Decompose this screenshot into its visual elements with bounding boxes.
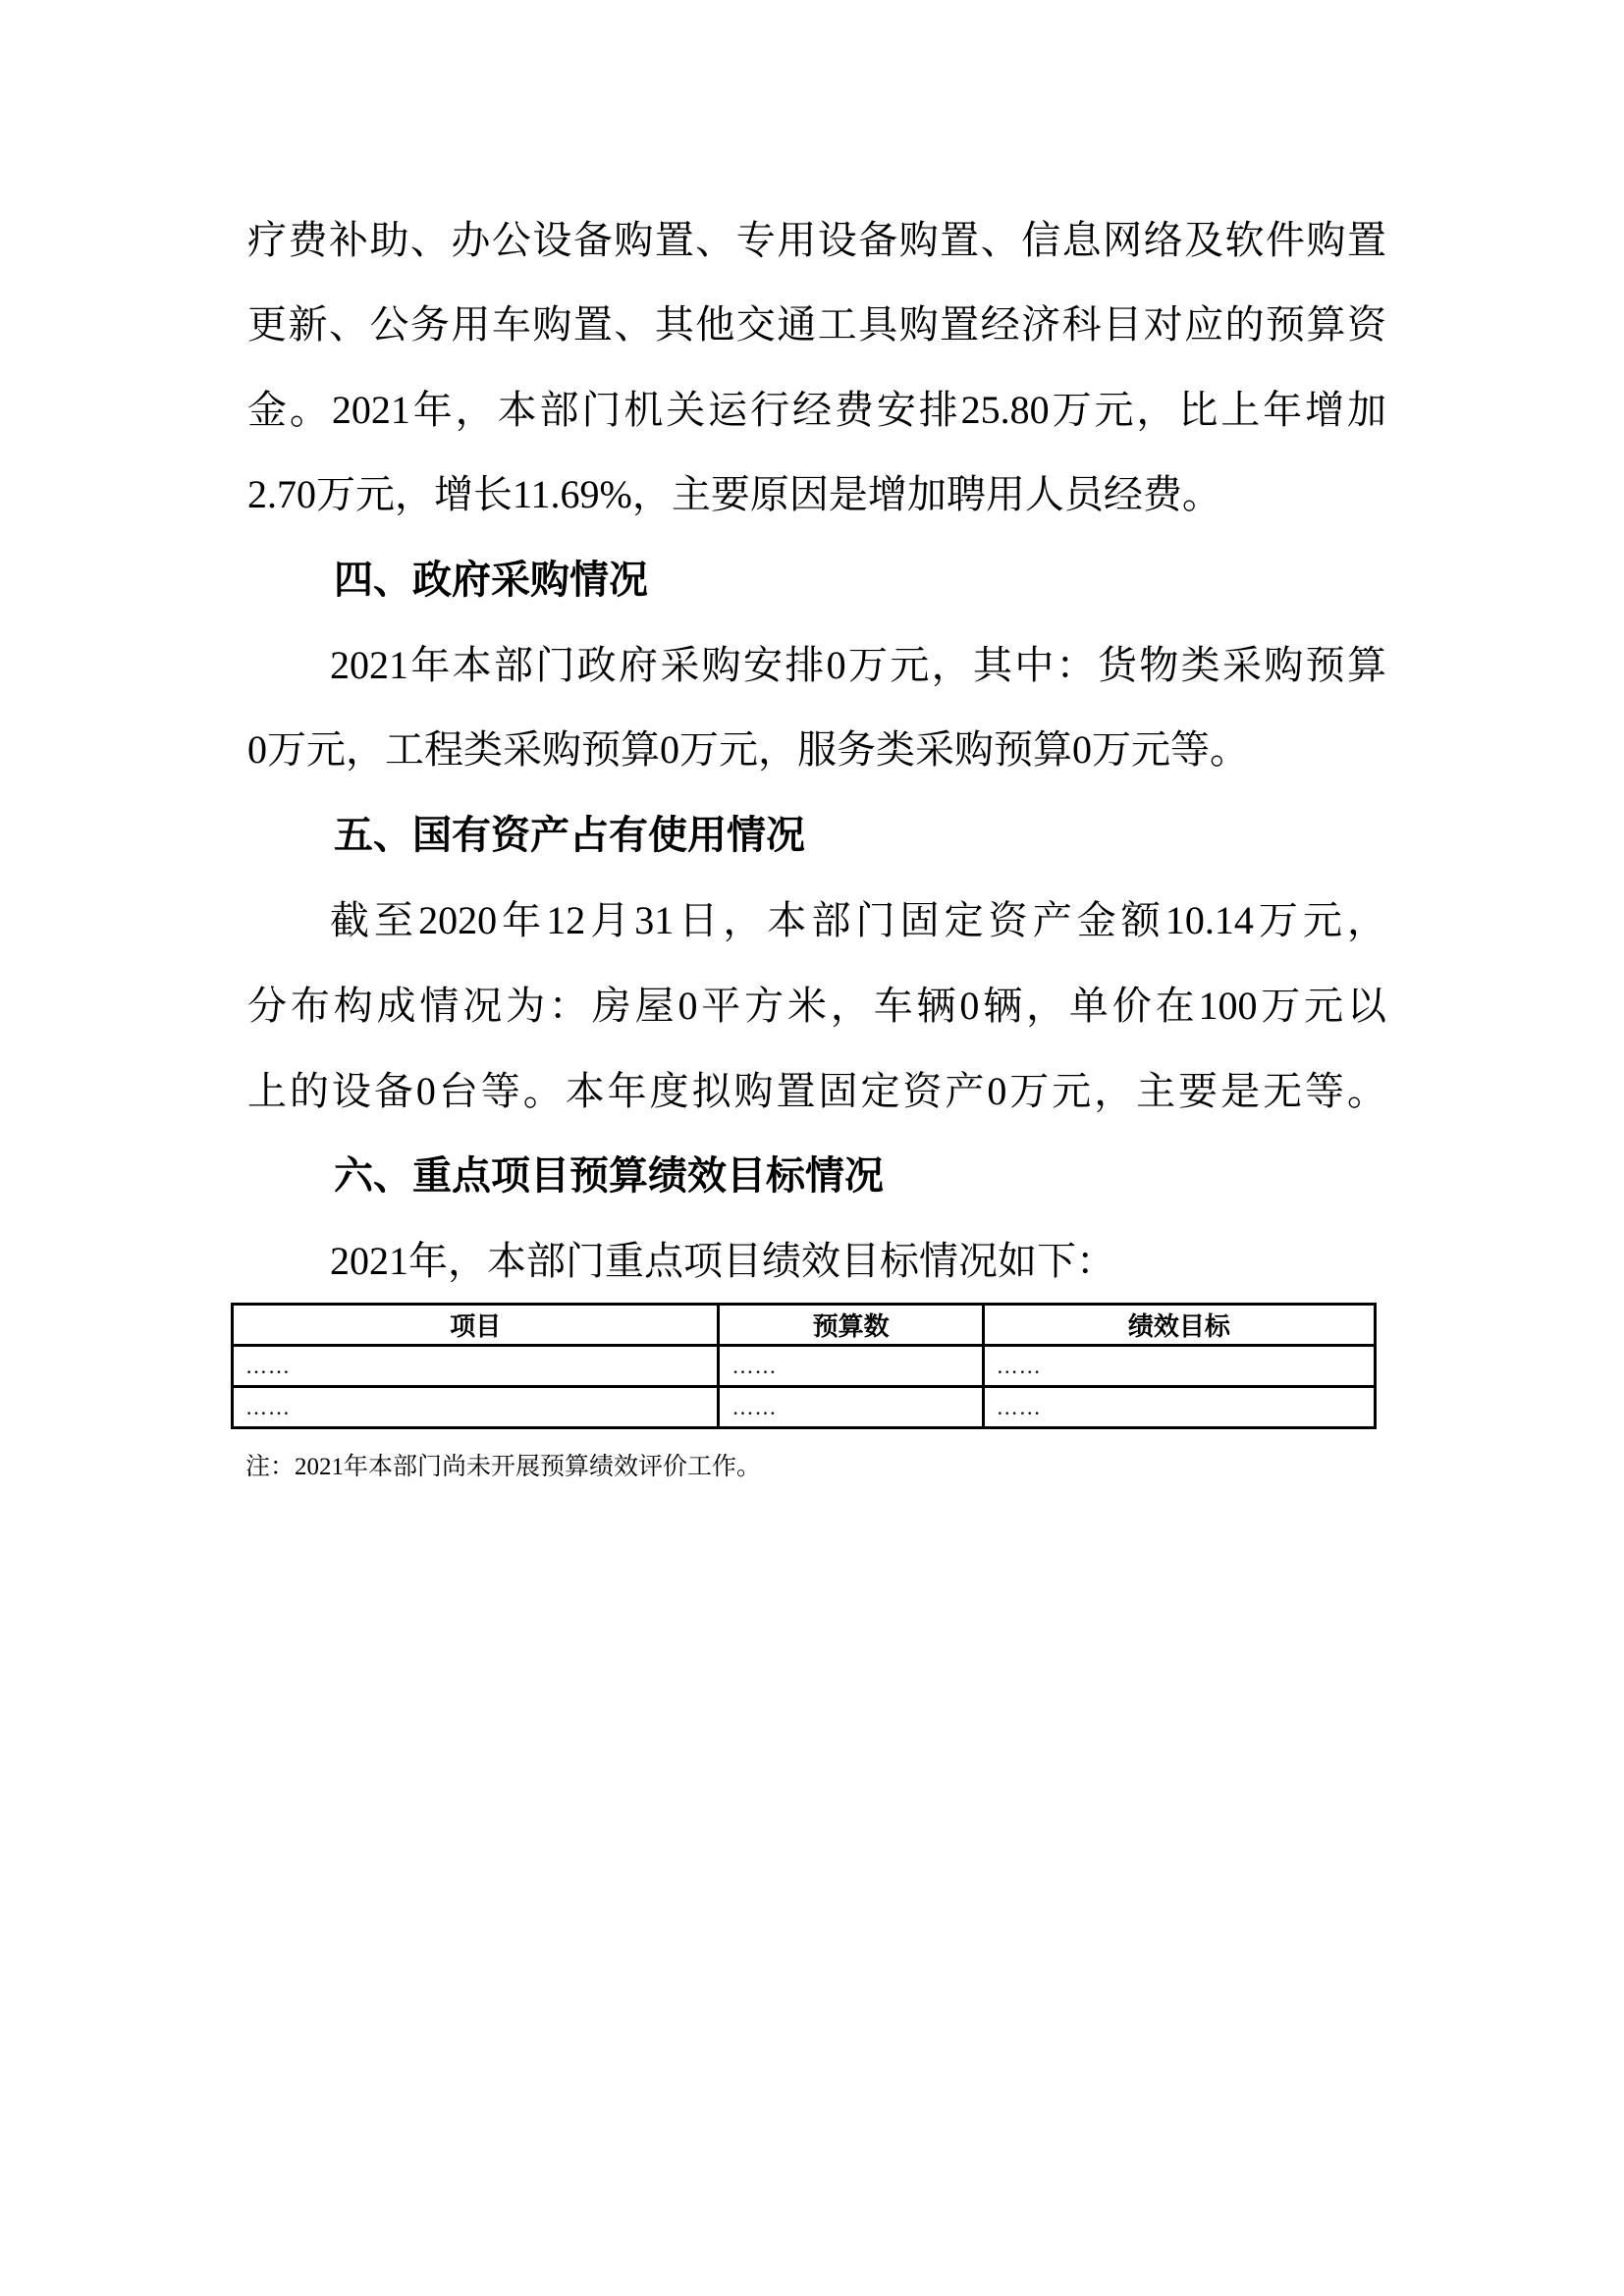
- body-line: 疗费补助、办公设备购置、专用设备购置、信息网络及软件购置: [247, 216, 1386, 265]
- table-cell: ……: [719, 1387, 983, 1428]
- table-cell: ……: [983, 1387, 1375, 1428]
- table-cell: ……: [983, 1346, 1375, 1387]
- column-header-project: 项目: [233, 1305, 719, 1346]
- body-line: 截至2020年12月31日，本部门固定资产金额10.14万元，: [330, 896, 1386, 945]
- body-line: 上的设备0台等。本年度拟购置固定资产0万元，主要是无等。: [247, 1067, 1386, 1116]
- body-line: 0万元，工程类采购预算0万元，服务类采购预算0万元等。: [247, 725, 1249, 774]
- table-cell: ……: [233, 1346, 719, 1387]
- section-heading-state-assets: 五、国有资产占有使用情况: [334, 811, 805, 860]
- body-line: 更新、公务用车购置、其他交通工具购置经济科目对应的预算资: [247, 300, 1386, 349]
- body-line: 分布构成情况为：房屋0平方米，车辆0辆，单价在100万元以: [247, 982, 1386, 1031]
- table-cell: ……: [719, 1346, 983, 1387]
- table-row: …… …… ……: [233, 1346, 1376, 1387]
- body-line: 2021年，本部门重点项目绩效目标情况如下：: [330, 1237, 1115, 1286]
- section-heading-government-procurement: 四、政府采购情况: [334, 556, 648, 605]
- body-line: 金。2021年，本部门机关运行经费安排25.80万元，比上年增加: [247, 386, 1386, 435]
- column-header-performance-target: 绩效目标: [983, 1305, 1375, 1346]
- section-heading-performance-targets: 六、重点项目预算绩效目标情况: [334, 1151, 884, 1201]
- table-cell: ……: [233, 1387, 719, 1428]
- column-header-budget: 预算数: [719, 1305, 983, 1346]
- table-row: …… …… ……: [233, 1387, 1376, 1428]
- body-line: 2021年本部门政府采购安排0万元，其中：货物类采购预算: [330, 641, 1386, 690]
- table-footnote: 注：2021年本部门尚未开展预算绩效评价工作。: [245, 1453, 761, 1482]
- table-header-row: 项目 预算数 绩效目标: [233, 1305, 1376, 1346]
- body-line: 2.70万元，增长11.69%，主要原因是增加聘用人员经费。: [247, 470, 1221, 519]
- performance-targets-table: 项目 预算数 绩效目标 …… …… …… …… …… ……: [231, 1303, 1377, 1429]
